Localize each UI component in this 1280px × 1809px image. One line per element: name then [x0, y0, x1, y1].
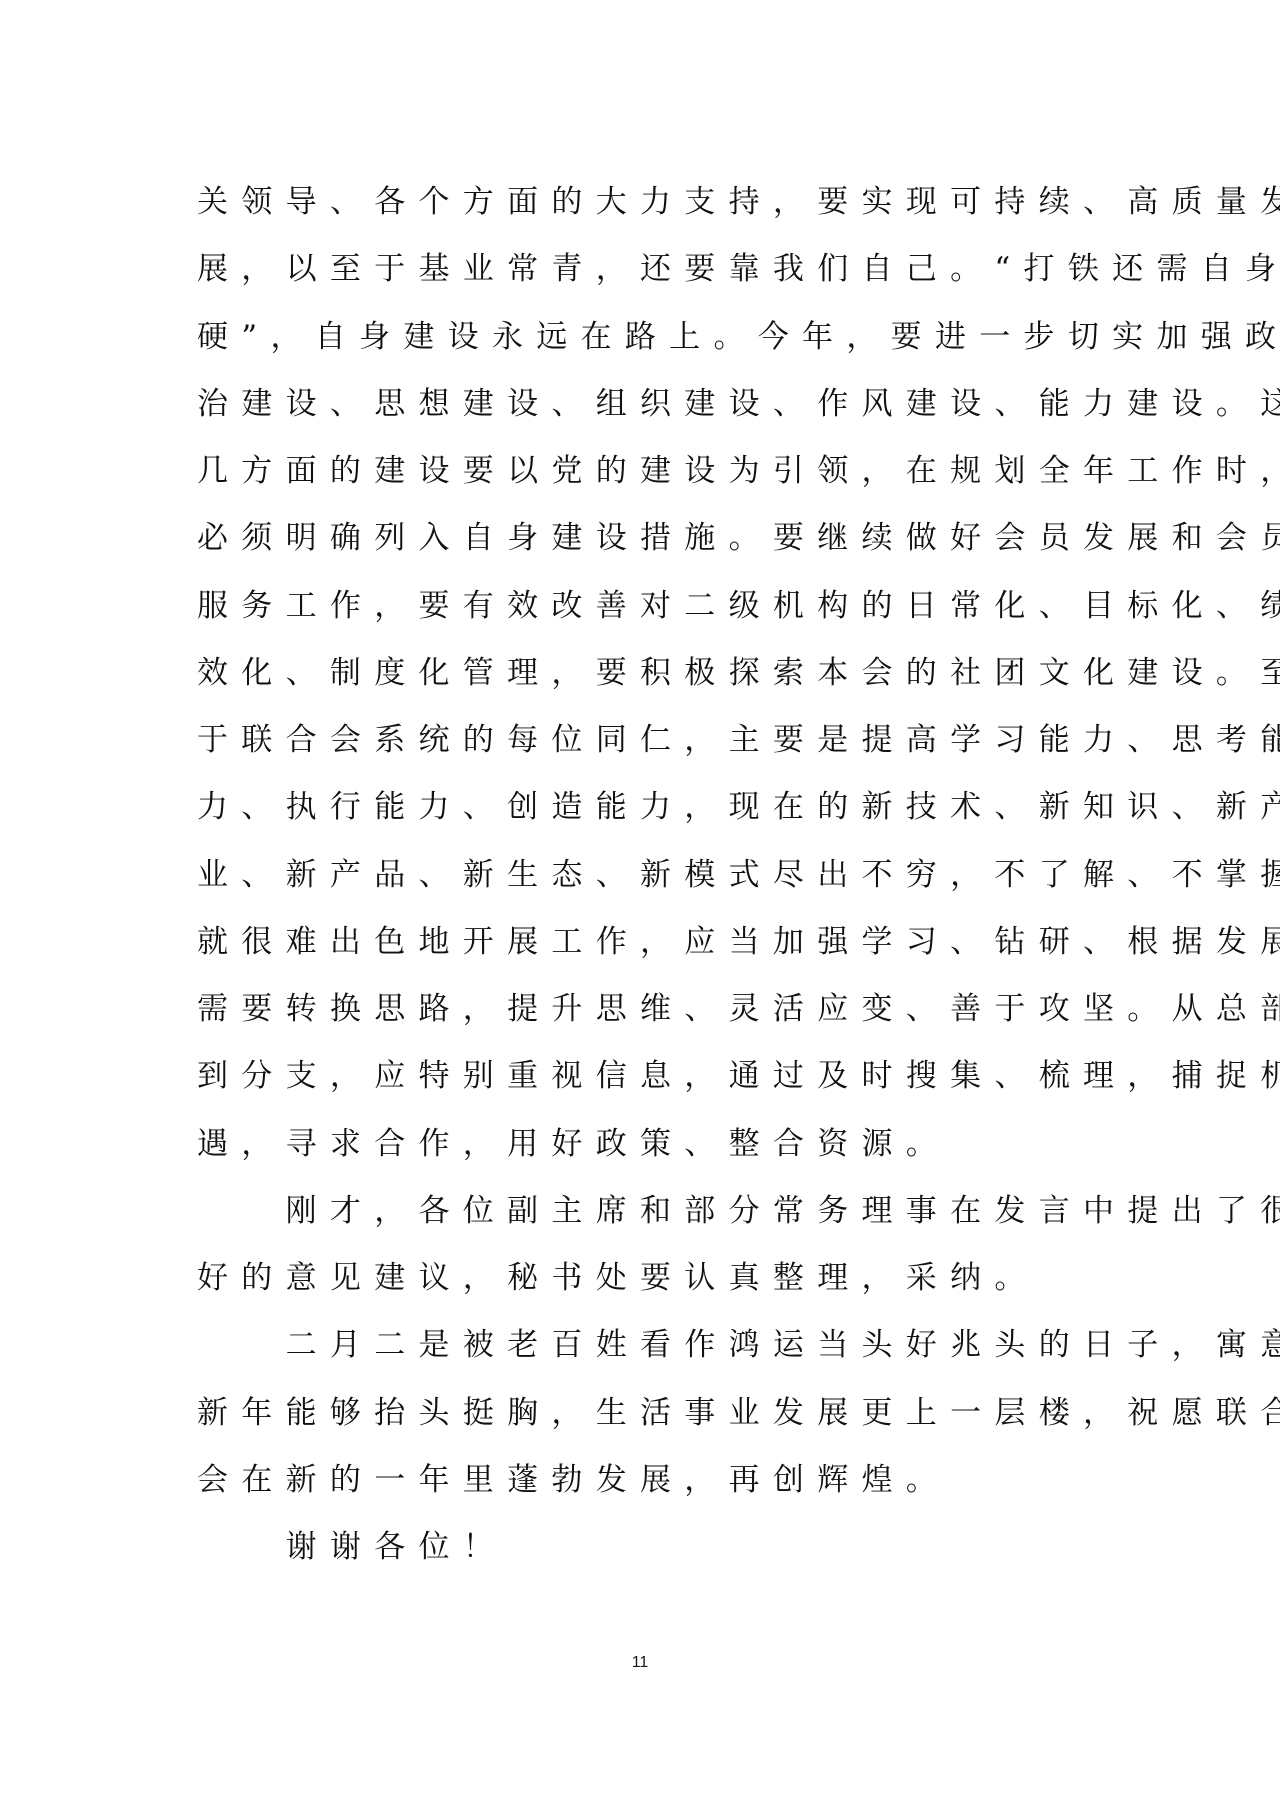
page-number: 11 — [0, 1654, 1280, 1672]
text-line: 治建设、思想建设、组织建设、作风建设、能力建设。这 — [197, 371, 1097, 438]
text-line: 谢谢各位！ — [197, 1514, 1097, 1581]
text-line: 于联合会系统的每位同仁，主要是提高学习能力、思考能 — [197, 707, 1097, 774]
text-line: 关领导、各个方面的大力支持，要实现可持续、高质量发 — [197, 169, 1097, 236]
text-line: 到分支，应特别重视信息，通过及时搜集、梳理，捕捉机 — [197, 1043, 1097, 1110]
text-line: 就很难出色地开展工作，应当加强学习、钻研、根据发展 — [197, 909, 1097, 976]
text-line: 业、新产品、新生态、新模式尽出不穷，不了解、不掌握 — [197, 842, 1097, 909]
text-line: 展，以至于基业常青，还要靠我们自己。“打铁还需自身 — [197, 236, 1097, 303]
text-line: 需要转换思路，提升思维、灵活应变、善于攻坚。从总部 — [197, 976, 1097, 1043]
text-line: 力、执行能力、创造能力，现在的新技术、新知识、新产 — [197, 774, 1097, 841]
text-line: 必须明确列入自身建设措施。要继续做好会员发展和会员 — [197, 505, 1097, 572]
text-line: 几方面的建设要以党的建设为引领，在规划全年工作时， — [197, 438, 1097, 505]
paragraph-2: 刚才，各位副主席和部分常务理事在发言中提出了很 好的意见建议，秘书处要认真整理，… — [197, 1178, 1097, 1313]
paragraph-1: 关领导、各个方面的大力支持，要实现可持续、高质量发 展，以至于基业常青，还要靠我… — [197, 169, 1097, 1178]
text-line: 硬”，自身建设永远在路上。今年，要进一步切实加强政 — [197, 304, 1097, 371]
text-line: 刚才，各位副主席和部分常务理事在发言中提出了很 — [197, 1178, 1097, 1245]
document-body: 关领导、各个方面的大力支持，要实现可持续、高质量发 展，以至于基业常青，还要靠我… — [197, 169, 1097, 1581]
text-line: 会在新的一年里蓬勃发展，再创辉煌。 — [197, 1447, 1097, 1514]
text-line: 效化、制度化管理，要积极探索本会的社团文化建设。至 — [197, 640, 1097, 707]
text-line: 好的意见建议，秘书处要认真整理，采纳。 — [197, 1245, 1097, 1312]
text-line: 服务工作，要有效改善对二级机构的日常化、目标化、绩 — [197, 573, 1097, 640]
text-line: 新年能够抬头挺胸，生活事业发展更上一层楼，祝愿联合 — [197, 1380, 1097, 1447]
paragraph-3: 二月二是被老百姓看作鸿运当头好兆头的日子，寓意 新年能够抬头挺胸，生活事业发展更… — [197, 1312, 1097, 1514]
document-page: 关领导、各个方面的大力支持，要实现可持续、高质量发 展，以至于基业常青，还要靠我… — [0, 0, 1280, 1809]
paragraph-4: 谢谢各位！ — [197, 1514, 1097, 1581]
text-line: 二月二是被老百姓看作鸿运当头好兆头的日子，寓意 — [197, 1312, 1097, 1379]
text-line: 遇，寻求合作，用好政策、整合资源。 — [197, 1111, 1097, 1178]
